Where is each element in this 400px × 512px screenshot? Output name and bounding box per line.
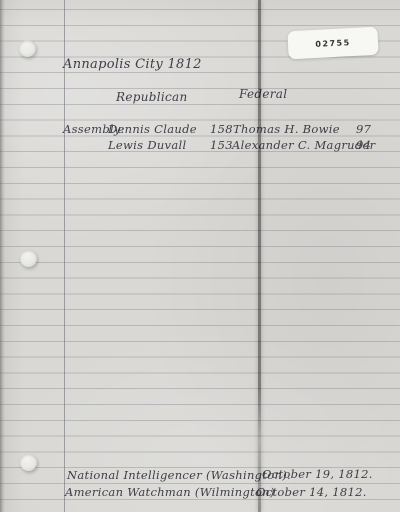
page-title: Annapolis City 1812: [63, 58, 202, 71]
torn-left-edge: [0, 0, 5, 512]
column-header-federal: Federal: [239, 88, 287, 100]
punch-hole-middle: [20, 250, 37, 267]
republican-vote-count: 158: [210, 124, 233, 136]
ruled-lines: [0, 9, 400, 512]
fold-shadow-line: [258, 0, 261, 512]
source-date: October 14, 1812.: [256, 487, 367, 499]
id-number-stamp: 02755: [287, 27, 378, 60]
punch-hole-top: [19, 40, 36, 57]
federal-candidate-name: Thomas H. Bowie: [233, 124, 340, 136]
source-date: October 19, 1812.: [262, 469, 373, 481]
federal-vote-count: 94: [356, 140, 371, 152]
republican-vote-count: 153: [210, 140, 233, 152]
source-publication: American Watchman (Wilmington): [65, 487, 275, 499]
republican-candidate-name: Dennis Claude: [108, 124, 197, 136]
stamp-number: 02755: [315, 38, 351, 49]
federal-vote-count: 97: [356, 124, 371, 136]
margin-line: [64, 0, 65, 512]
punch-hole-bottom: [20, 454, 37, 471]
federal-candidate-name: Alexander C. Magruder: [232, 140, 375, 152]
republican-candidate-name: Lewis Duvall: [108, 140, 186, 152]
scanned-document-page: 02755 Annapolis City 1812 Republican Fed…: [0, 0, 400, 512]
column-header-republican: Republican: [116, 91, 188, 103]
